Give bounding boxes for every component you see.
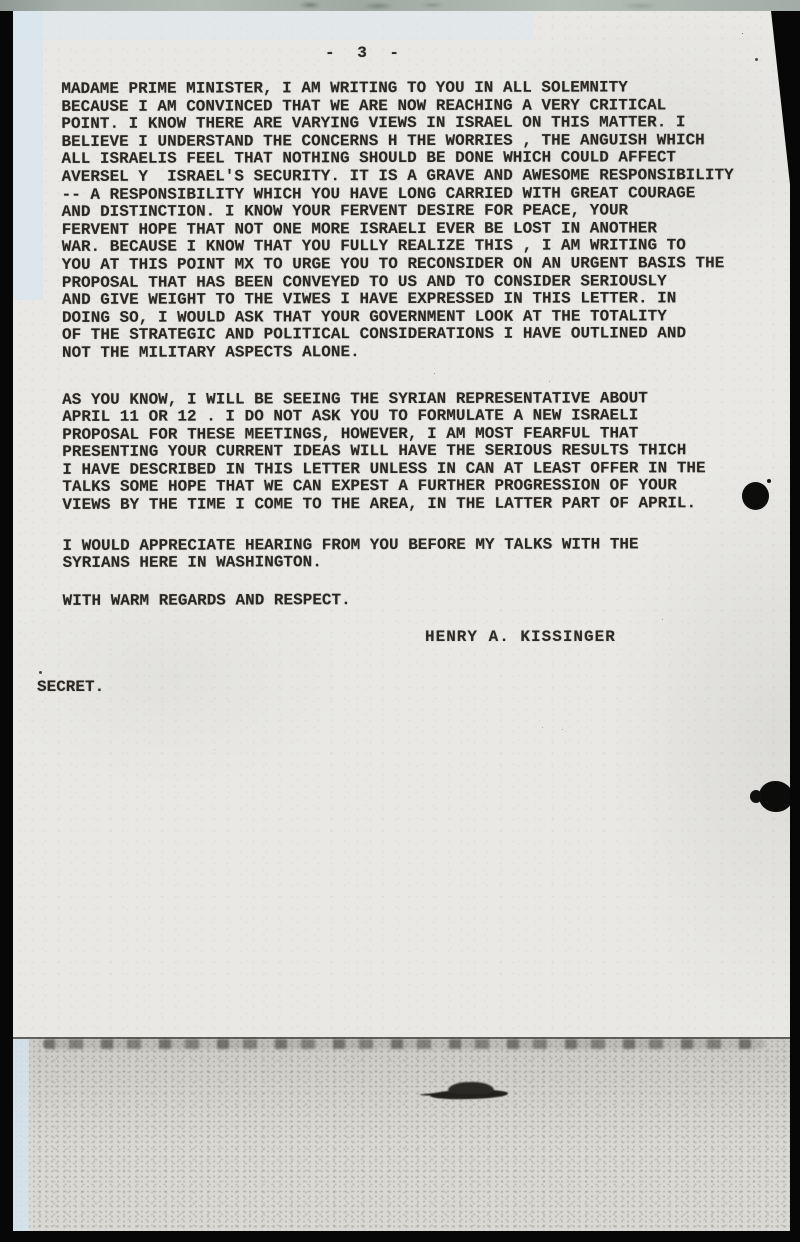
letter-paragraph: WITH WARM REGARDS AND RESPECT. [63, 591, 763, 610]
grain-smudge-line [43, 1039, 765, 1049]
classification-marking: SECRET. [37, 678, 104, 696]
ink-blot [420, 1082, 512, 1100]
signature: HENRY A. KISSINGER [425, 628, 616, 646]
scan-grain-band [13, 1037, 790, 1231]
letter-paragraph: AS YOU KNOW, I WILL BE SEEING THE SYRIAN… [62, 390, 762, 515]
punch-hole-lower [759, 781, 790, 812]
scan-top-edge [0, 0, 800, 11]
page-number: - 3 - [325, 44, 406, 62]
letter-page: - 3 - MADAME PRIME MINISTER, I AM WRITIN… [13, 0, 790, 1231]
document-scan: - 3 - MADAME PRIME MINISTER, I AM WRITIN… [0, 0, 800, 1242]
letter-body: MADAME PRIME MINISTER, I AM WRITING TO Y… [61, 79, 762, 610]
punch-hole-upper [742, 482, 769, 510]
letter-paragraph: I WOULD APPRECIATE HEARING FROM YOU BEFO… [63, 536, 763, 573]
letter-paragraph: MADAME PRIME MINISTER, I AM WRITING TO Y… [61, 79, 762, 362]
